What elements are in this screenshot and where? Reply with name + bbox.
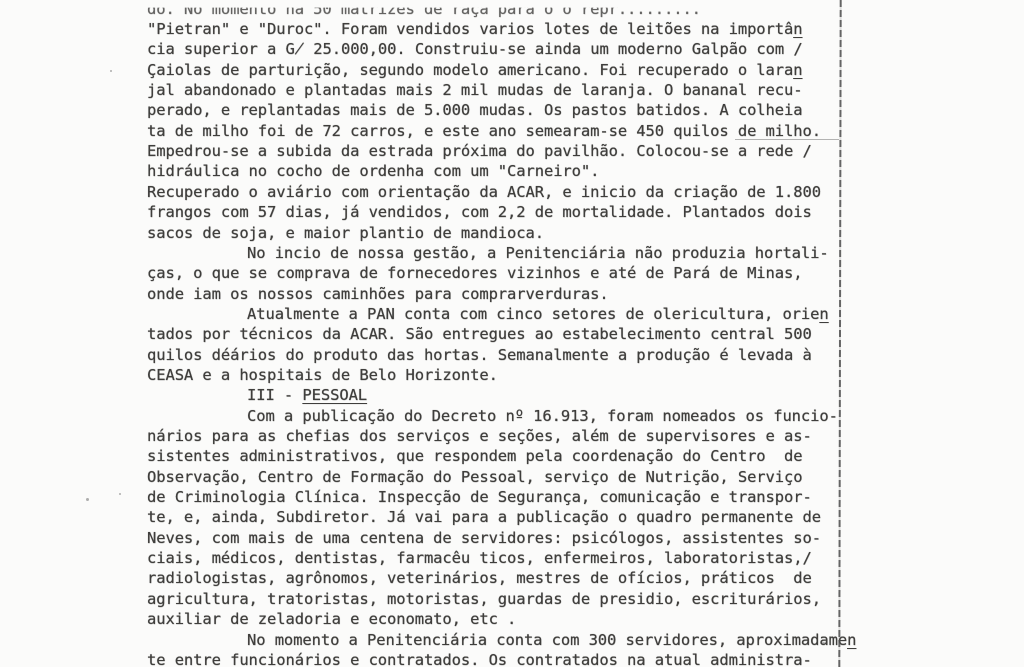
line-text: nários para as chefias dos serviços e se… [147, 427, 812, 445]
text-line: perado, e replantadas mais de 5.000 muda… [147, 100, 802, 120]
document-page: do. No momento há 50 matrizes de raça pa… [0, 0, 1024, 667]
underlined-text: n [819, 305, 828, 323]
line-text: No incio de nossa gestão, a Penitenciári… [247, 244, 829, 262]
scan-speckle [119, 493, 121, 495]
text-line: CEASA e a hospitais de Belo Horizonte. [147, 365, 498, 385]
line-text: CEASA e a hospitais de Belo Horizonte. [147, 366, 498, 384]
text-line: Çaiolas de parturição, segundo modelo am… [147, 60, 802, 80]
scan-speckle [86, 498, 89, 501]
text-line: jal abandonado e plantadas mais 2 mil mu… [147, 80, 802, 100]
line-text: sistentes administrativos, que respondem… [147, 447, 802, 465]
line-text: "Pietran" e "Duroc". Foram vendidos vari… [147, 20, 793, 38]
text-line: do. No momento há 50 matrizes de raça pa… [147, 0, 701, 19]
line-text: cia superior a G̸ 25.000,00. Construiu-s… [147, 40, 803, 58]
line-text: onde iam os nossos caminhões para compra… [147, 285, 609, 303]
text-line: "Pietran" e "Duroc". Foram vendidos vari… [147, 19, 802, 39]
line-text: Çaiolas de parturição, segundo modelo am… [147, 61, 793, 79]
text-line: auxiliar de zeladoria e economato, etc . [147, 609, 516, 629]
line-text: Empedrou-se a subida da estrada próxima … [147, 142, 812, 160]
line-text: ciais, médicos, dentistas, farmacêu tico… [147, 549, 812, 567]
line-text: perado, e replantadas mais de 5.000 muda… [147, 101, 802, 119]
line-text: tados por técnicos da ACAR. São entregue… [147, 325, 812, 343]
text-line: onde iam os nossos caminhões para compra… [147, 284, 609, 304]
scan-artifact-line [735, 139, 839, 140]
line-text: do. No momento há 50 matrizes de raça pa… [147, 0, 701, 18]
text-line: sacos de soja, e maior plantio de mandio… [147, 223, 544, 243]
line-text: Com a publicação do Decreto nº 16.913, f… [247, 407, 838, 425]
underlined-text: n [793, 61, 802, 79]
text-line: Neves, com mais de uma centena de servid… [147, 528, 821, 548]
text-line: ciais, médicos, dentistas, farmacêu tico… [147, 548, 812, 568]
line-text: III - [247, 386, 302, 404]
line-text: hidráulica no cocho de ordenha com um "C… [147, 162, 599, 180]
text-line: nários para as chefias dos serviços e se… [147, 426, 812, 446]
scan-speckle [110, 70, 112, 72]
line-text: quilos déários do produto das hortas. Se… [147, 346, 812, 364]
text-line: frangos com 57 dias, já vendidos, com 2,… [147, 202, 812, 222]
line-text: agricultura, tratoristas, motoristas, gu… [147, 590, 821, 608]
text-line: Recuperado o aviário com orientação da A… [147, 182, 821, 202]
page-text: do. No momento há 50 matrizes de raça pa… [147, 0, 907, 667]
text-line: de Criminologia Clínica. Inspecção de Se… [147, 487, 812, 507]
line-text: jal abandonado e plantadas mais 2 mil mu… [147, 81, 802, 99]
text-line: Observação, Centro de Formação do Pessoa… [147, 467, 802, 487]
line-text: Neves, com mais de uma centena de servid… [147, 529, 821, 547]
text-line: No incio de nossa gestão, a Penitenciári… [247, 243, 829, 263]
text-line: quilos déários do produto das hortas. Se… [147, 345, 812, 365]
text-line: radiologistas, agrônomos, veterinários, … [147, 568, 812, 588]
text-line: te entre funcionários e contratados. Os … [147, 650, 812, 667]
line-text: auxiliar de zeladoria e economato, etc . [147, 610, 516, 628]
line-text: Atualmente a PAN conta com cinco setores… [247, 305, 819, 323]
text-line: Empedrou-se a subida da estrada próxima … [147, 141, 812, 161]
line-text: de Criminologia Clínica. Inspecção de Se… [147, 488, 812, 506]
text-line: ças, o que se comprava de fornecedores v… [147, 263, 802, 283]
text-line: No momento a Penitenciária conta com 300… [247, 630, 856, 650]
line-text: sacos de soja, e maior plantio de mandio… [147, 224, 544, 242]
text-line: agricultura, tratoristas, motoristas, gu… [147, 589, 821, 609]
line-text: Observação, Centro de Formação do Pessoa… [147, 468, 802, 486]
line-text: te, e, ainda, Subdiretor. Já vai para a … [147, 508, 821, 526]
text-line: Atualmente a PAN conta com cinco setores… [247, 304, 829, 324]
line-text: ças, o que se comprava de fornecedores v… [147, 264, 802, 282]
line-text: te entre funcionários e contratados. Os … [147, 651, 812, 667]
underlined-text: PESSOAL [302, 386, 367, 404]
text-line: ta de milho foi de 72 carros, e este ano… [147, 121, 821, 141]
text-line: Com a publicação do Decreto nº 16.913, f… [247, 406, 838, 426]
scan-speckle [822, 642, 825, 644]
text-line: sistentes administrativos, que respondem… [147, 446, 802, 466]
line-text: radiologistas, agrônomos, veterinários, … [147, 569, 812, 587]
line-text: ta de milho foi de 72 carros, e este ano… [147, 122, 821, 140]
line-text: Recuperado o aviário com orientação da A… [147, 183, 821, 201]
underlined-text: n [847, 631, 856, 649]
text-line: te, e, ainda, Subdiretor. Já vai para a … [147, 507, 821, 527]
underlined-text: n [793, 20, 802, 38]
text-line: tados por técnicos da ACAR. São entregue… [147, 324, 812, 344]
line-text: frangos com 57 dias, já vendidos, com 2,… [147, 203, 812, 221]
text-line: hidráulica no cocho de ordenha com um "C… [147, 161, 599, 181]
text-line: cia superior a G̸ 25.000,00. Construiu-s… [147, 39, 803, 59]
section-heading: III - PESSOAL [247, 385, 367, 405]
line-text: No momento a Penitenciária conta com 300… [247, 631, 847, 649]
